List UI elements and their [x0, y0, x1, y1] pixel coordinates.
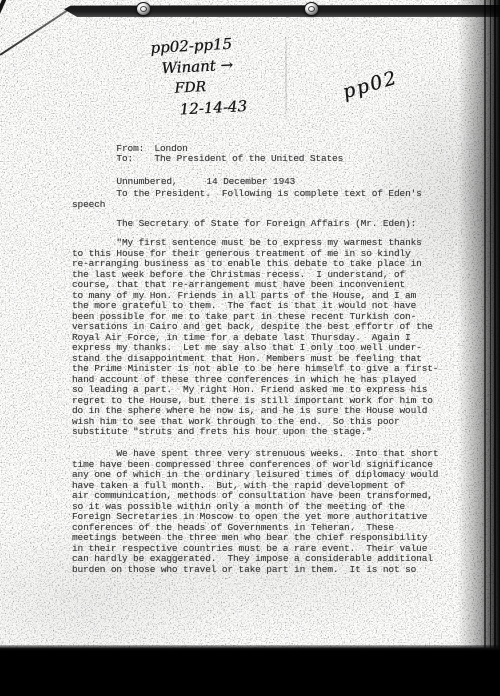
page-bottom-edge [0, 645, 500, 651]
speech-paragraph: We have spent three very strenuous weeks… [72, 449, 470, 575]
handwritten-annotations: pp02-pp15 Winant → FDR 12-14-43 [146, 34, 232, 122]
torn-paper-top-edge [64, 5, 500, 17]
paper-fastener-left-icon [136, 2, 151, 16]
speech-paragraph: "My first sentence must be to express my… [72, 238, 470, 438]
handwritten-page-code: pp02 [340, 67, 400, 104]
edge-streak [494, 0, 496, 651]
corner-crease-line [0, 9, 69, 56]
speaker-line: The Secretary of State for Foreign Affai… [72, 219, 470, 230]
scan-background: pp02-pp15 Winant → FDR 12-14-43 pp02 Fro… [0, 0, 500, 696]
salutation: To the President. Following is complete … [72, 189, 470, 210]
paper-fastener-right-icon [304, 2, 319, 16]
reference-number: Unnumbered, [116, 177, 206, 188]
corner-fold-mark [0, 0, 17, 19]
document-date: 14 December 1943 [206, 176, 295, 187]
edge-streak [484, 0, 486, 651]
edge-streak [490, 0, 491, 651]
handwritten-date-note: 12-14-43 [179, 95, 262, 120]
vertical-crease [285, 28, 287, 128]
to-value: The President of the United States [154, 153, 343, 164]
document-page: pp02-pp15 Winant → FDR 12-14-43 pp02 Fro… [0, 0, 500, 651]
to-label: To: [116, 154, 154, 165]
